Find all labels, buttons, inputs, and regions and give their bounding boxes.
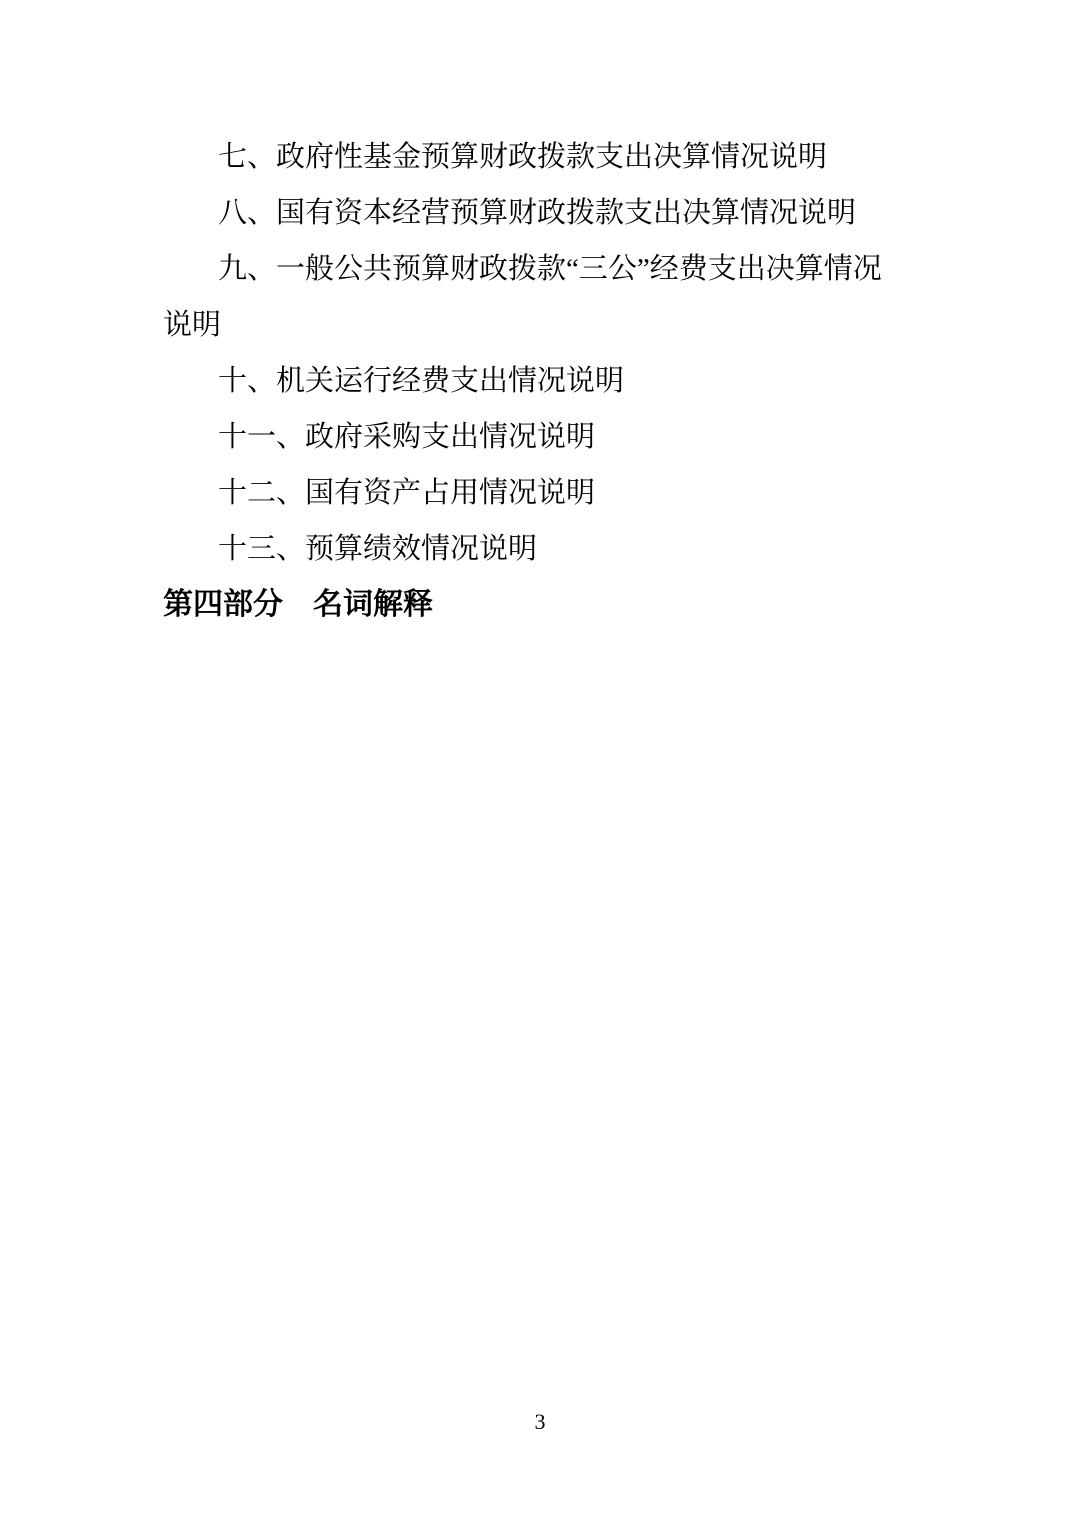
table-of-contents: 七、政府性基金预算财政拨款支出决算情况说明八、国有资本经营预算财政拨款支出决算情… (163, 129, 917, 633)
toc-line: 八、国有资本经营预算财政拨款支出决算情况说明 (163, 185, 917, 241)
toc-line: 九、一般公共预算财政拨款“三公”经费支出决算情况 (163, 241, 917, 297)
document-page: 七、政府性基金预算财政拨款支出决算情况说明八、国有资本经营预算财政拨款支出决算情… (0, 0, 1080, 1527)
page-number: 3 (0, 1408, 1080, 1436)
section-heading: 第四部分 名词解释 (163, 577, 917, 633)
toc-line: 十、机关运行经费支出情况说明 (163, 353, 917, 409)
toc-line: 十二、国有资产占用情况说明 (163, 465, 917, 521)
toc-line: 十一、政府采购支出情况说明 (163, 409, 917, 465)
toc-line: 七、政府性基金预算财政拨款支出决算情况说明 (163, 129, 917, 185)
toc-line: 十三、预算绩效情况说明 (163, 521, 917, 577)
toc-line: 说明 (163, 297, 917, 353)
